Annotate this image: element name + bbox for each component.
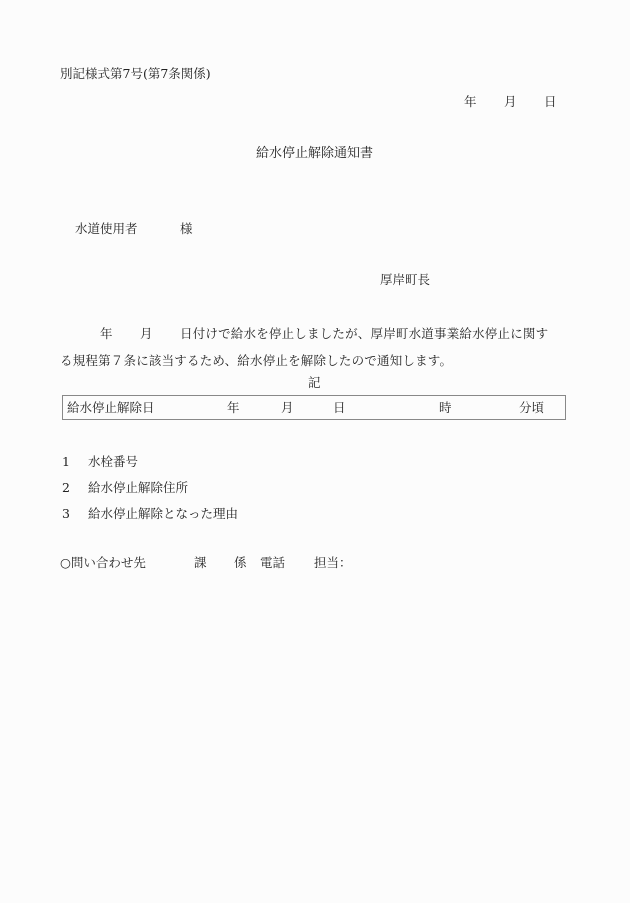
- list-item-number: 3: [62, 506, 70, 522]
- body-line-2: る規程第７条に該当するため、給水停止を解除したので通知します。: [60, 347, 580, 374]
- ki-heading: 記: [308, 375, 321, 391]
- release-day-label: 日: [333, 400, 346, 416]
- list-item-number: 1: [62, 454, 70, 470]
- list-item-text: 給水停止解除となった理由: [88, 506, 238, 522]
- contact-person: 担当：: [314, 555, 352, 571]
- release-date-table: 給水停止解除日 年 月 日 時 分頃: [62, 395, 566, 420]
- release-month-label: 月: [281, 400, 294, 416]
- list-item-text: 水栓番号: [88, 454, 138, 470]
- body-year-label: 年: [100, 320, 113, 347]
- release-date-label: 給水停止解除日: [67, 400, 155, 416]
- issuer-name: 厚岸町長: [380, 272, 430, 288]
- list-item-text: 給水停止解除住所: [88, 480, 188, 496]
- date-month-label: 月: [504, 94, 517, 110]
- document-title: 給水停止解除通知書: [256, 146, 373, 162]
- notice-document: 別記様式第7号(第7条関係) 年 月 日 給水停止解除通知書 水道使用者 様 厚…: [0, 0, 630, 903]
- recipient-honorific: 様: [180, 221, 193, 237]
- contact-phone: 電話: [260, 555, 285, 571]
- date-year-label: 年: [464, 94, 477, 110]
- release-year-label: 年: [227, 400, 240, 416]
- body-line-1-text: 日付けで給水を停止しましたが、厚岸町水道事業給水停止に関す: [180, 320, 548, 347]
- release-hour-label: 時: [439, 400, 452, 416]
- contact-section: 課: [194, 555, 207, 571]
- body-line-1: 年 月 日付けで給水を停止しましたが、厚岸町水道事業給水停止に関す: [60, 320, 580, 347]
- list-item-number: 2: [62, 480, 70, 496]
- form-number: 別記様式第7号(第7条関係): [60, 66, 211, 82]
- contact-subsection: 係: [234, 555, 247, 571]
- release-minute-label: 分頃: [519, 400, 544, 416]
- contact-label: ○問い合わせ先: [60, 555, 146, 571]
- recipient-name: 水道使用者: [75, 221, 138, 237]
- body-paragraph: 年 月 日付けで給水を停止しましたが、厚岸町水道事業給水停止に関す る規程第７条…: [60, 320, 580, 374]
- date-day-label: 日: [544, 94, 557, 110]
- body-month-label: 月: [140, 320, 153, 347]
